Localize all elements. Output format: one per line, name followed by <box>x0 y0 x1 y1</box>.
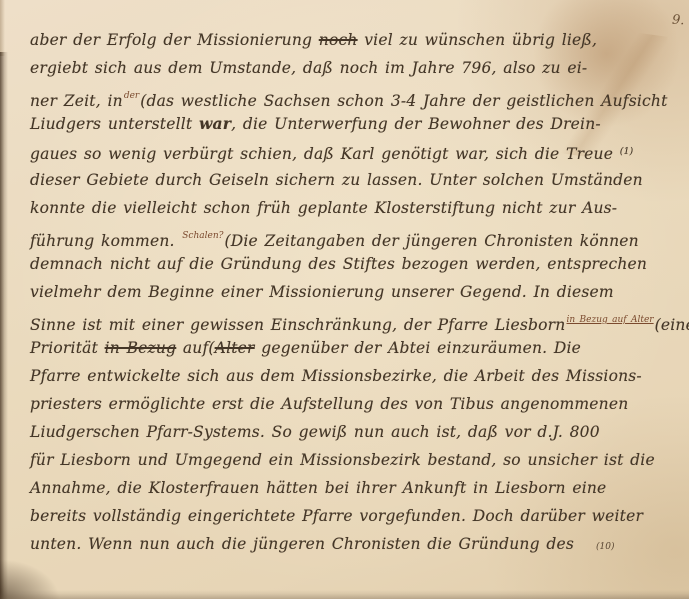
page-edge-shadow-left <box>0 52 8 599</box>
page-number: 9. <box>671 13 684 29</box>
text-segment: aber der Erfolg der Missionierung <box>30 31 319 49</box>
footnote-marker-bottom: (10) <box>596 542 614 552</box>
struck-word: in Bezug <box>105 339 177 357</box>
text-segment: (das westliche Sachsen schon 3-4 Jahre d… <box>140 92 667 110</box>
text-segment: war <box>199 114 231 133</box>
footnote-marker: (1) <box>620 146 633 157</box>
text-segment: dieser Gebiete durch Geiseln sichern zu … <box>30 171 643 189</box>
manuscript-page: { "page": { "number": "9." }, "colors": … <box>0 0 689 599</box>
text-segment: , die Unterwerfung der Bewohner des Drei… <box>231 115 601 133</box>
manuscript-text: aber der Erfolg der Missionierung noch v… <box>30 26 669 558</box>
manuscript-line: Liudgers unterstellt war, die Unterwerfu… <box>30 110 669 138</box>
text-segment: gegenüber der Abtei einzuräumen. Die <box>255 339 581 357</box>
text-segment: unten. Wenn nun auch die jüngeren Chroni… <box>30 535 574 553</box>
text-segment: gaues so wenig verbürgt schien, daß Karl… <box>30 145 620 163</box>
manuscript-line: Liudgerschen Pfarr-Systems. So gewiß nun… <box>30 418 669 446</box>
text-segment: führung kommen. <box>30 232 181 250</box>
inserted-annotation: Schalen? <box>182 231 223 241</box>
text-segment: ergiebt sich aus dem Umstande, daß noch … <box>30 59 587 77</box>
manuscript-line: dieser Gebiete durch Geiseln sichern zu … <box>30 166 669 194</box>
manuscript-line: führung kommen. Schalen?(Die Zeitangaben… <box>30 222 669 250</box>
manuscript-line: ner Zeit, inder(das westliche Sachsen sc… <box>30 82 669 110</box>
text-segment: demnach nicht auf die Gründung des Stift… <box>30 255 647 273</box>
text-segment: Pfarre entwickelte sich aus dem Missions… <box>30 367 642 385</box>
text-segment: konnte die vielleicht schon früh geplant… <box>30 199 617 217</box>
text-segment: ner Zeit, in <box>30 92 123 110</box>
manuscript-line: konnte die vielleicht schon früh geplant… <box>30 194 669 222</box>
manuscript-line: vielmehr dem Beginne einer Missionierung… <box>30 278 669 306</box>
manuscript-line: demnach nicht auf die Gründung des Stift… <box>30 250 669 278</box>
text-segment: viel zu wünschen übrig ließ, <box>358 31 598 49</box>
text-segment: vielmehr dem Beginne einer Missionierung… <box>30 283 614 301</box>
text-segment: (eine gewisse <box>655 316 689 334</box>
text-segment: für Liesborn und Umgegend ein Missionsbe… <box>30 451 655 469</box>
manuscript-line: Pfarre entwickelte sich aus dem Missions… <box>30 362 669 390</box>
manuscript-line: bereits vollständig eingerichtete Pfarre… <box>30 502 669 530</box>
inserted-annotation: der <box>124 91 139 101</box>
text-segment: Annahme, die Klosterfrauen hätten bei ih… <box>30 479 606 497</box>
manuscript-line: unten. Wenn nun auch die jüngeren Chroni… <box>30 530 669 558</box>
struck-word: Alter <box>215 339 255 357</box>
manuscript-line: priesters ermöglichte erst die Aufstellu… <box>30 390 669 418</box>
text-segment: (Die Zeitangaben der jüngeren Chronisten… <box>224 232 638 250</box>
manuscript-line: aber der Erfolg der Missionierung noch v… <box>30 26 669 54</box>
text-segment: Priorität <box>30 339 105 357</box>
manuscript-line: ergiebt sich aus dem Umstande, daß noch … <box>30 54 669 82</box>
text-segment: Liudgers unterstellt <box>30 115 199 133</box>
manuscript-line: Sinne ist mit einer gewissen Einschränku… <box>30 306 669 334</box>
text-segment: priesters ermöglichte erst die Aufstellu… <box>30 395 628 413</box>
text-segment: auf( <box>176 339 214 357</box>
manuscript-line: für Liesborn und Umgegend ein Missionsbe… <box>30 446 669 474</box>
text-segment: Liudgerschen Pfarr-Systems. So gewiß nun… <box>30 423 600 441</box>
manuscript-line: gaues so wenig verbürgt schien, daß Karl… <box>30 138 669 166</box>
inserted-annotation: in Bezug auf Alter <box>566 315 653 325</box>
page-edge-shadow-bottom <box>0 590 689 599</box>
manuscript-line: Annahme, die Klosterfrauen hätten bei ih… <box>30 474 669 502</box>
struck-word: noch <box>319 31 358 49</box>
manuscript-line: Priorität in Bezug auf(Alter gegenüber d… <box>30 334 669 362</box>
page-edge-left-top <box>0 0 5 56</box>
text-segment: bereits vollständig eingerichtete Pfarre… <box>30 507 643 525</box>
text-segment: Sinne ist mit einer gewissen Einschränku… <box>30 316 565 334</box>
